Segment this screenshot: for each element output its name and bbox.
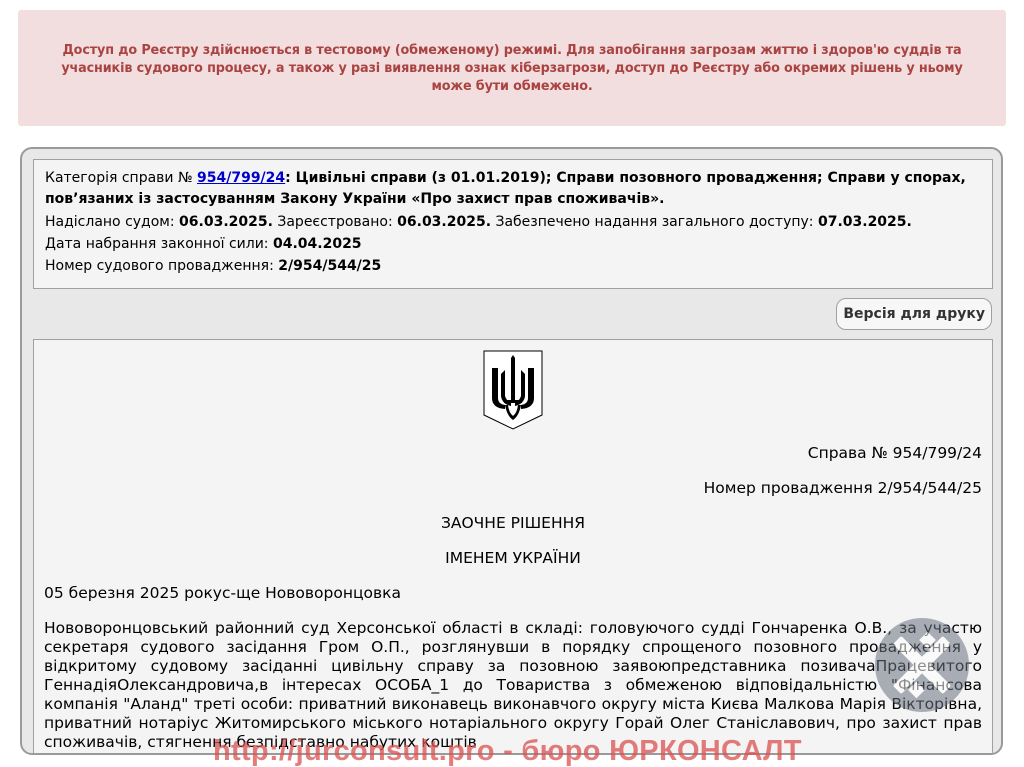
decision-body: Нововоронцовський районний суд Херсонськ… bbox=[44, 619, 982, 752]
case-info-panel: Категорія справи № 954/799/24: Цивільні … bbox=[33, 159, 993, 289]
print-version-button[interactable]: Версія для друку bbox=[836, 298, 992, 330]
ukraine-emblem-icon bbox=[483, 350, 543, 430]
registry-notice: Доступ до Реєстру здійснюється в тестово… bbox=[18, 10, 1006, 126]
watermark-text: http://jurconsult.pro - бюро ЮРКОНСАЛТ bbox=[213, 735, 802, 767]
case-number: Справа № 954/799/24 bbox=[808, 444, 982, 462]
case-dates: Надіслано судом: 06.03.2025. Зареєстрова… bbox=[45, 211, 981, 233]
access-date: 07.03.2025. bbox=[818, 214, 912, 230]
proceeding-number: 2/954/544/25 bbox=[278, 258, 381, 274]
decision-title: ЗАОЧНЕ РІШЕННЯ bbox=[34, 514, 992, 532]
watermark-logo-icon bbox=[873, 616, 971, 714]
decision-date-place: 05 березня 2025 рокус-ще Нововоронцовка bbox=[44, 584, 401, 602]
case-category: Категорія справи № 954/799/24: Цивільні … bbox=[45, 168, 981, 210]
sent-date: 06.03.2025. bbox=[179, 214, 273, 230]
registered-date: 06.03.2025. bbox=[397, 214, 491, 230]
proceeding-number-row: Номер судового провадження: 2/954/544/25 bbox=[45, 255, 981, 277]
decision-document: Справа № 954/799/24 Номер провадження 2/… bbox=[33, 339, 993, 755]
effective-date-row: Дата набрання законної сили: 04.04.2025 bbox=[45, 233, 981, 255]
decision-subtitle: ІМЕНЕМ УКРАЇНИ bbox=[34, 549, 992, 567]
case-number-link[interactable]: 954/799/24 bbox=[197, 170, 285, 186]
decision-container: Категорія справи № 954/799/24: Цивільні … bbox=[20, 147, 1003, 755]
proceeding-number-text: Номер провадження 2/954/544/25 bbox=[704, 479, 982, 497]
notice-text: Доступ до Реєстру здійснюється в тестово… bbox=[61, 41, 963, 95]
effective-date: 04.04.2025 bbox=[273, 236, 362, 252]
